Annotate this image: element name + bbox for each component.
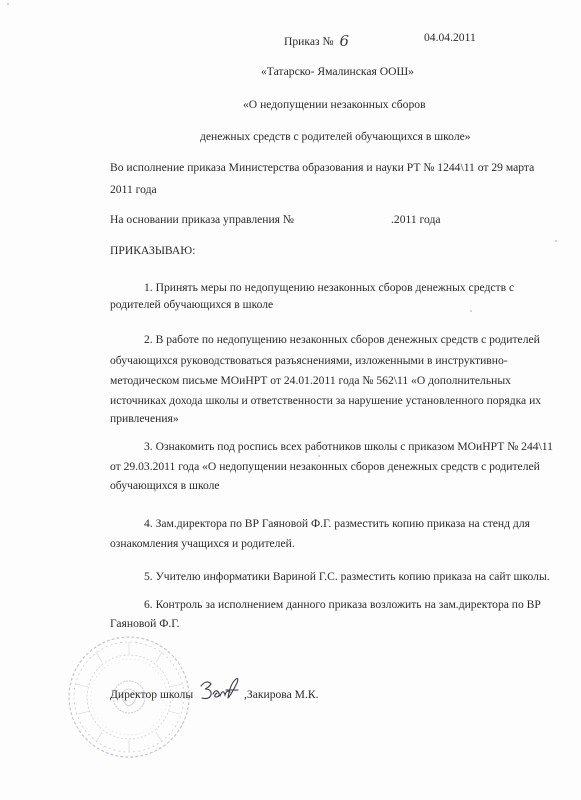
- order-item-line: обучающихся в школе: [110, 479, 220, 492]
- order-item-line: 4. Зам.директора по ВР Гаяновой Ф.Г. раз…: [144, 517, 530, 530]
- order-item-line: 6. Контроль за исполнением данного прика…: [144, 598, 541, 611]
- scan-speck: [7, 3, 9, 5]
- order-subject-line-1: «О недопущении незаконных сборов: [243, 98, 426, 111]
- preamble-line-1: Во исполнение приказа Министерства образ…: [110, 161, 534, 174]
- scan-speck: [555, 240, 557, 242]
- order-subject-line-2: денежных средств с родителей обучающихся…: [200, 130, 471, 143]
- scan-speck: [318, 455, 320, 457]
- order-item-line: родителей обучающихся в школе: [110, 298, 273, 311]
- director-position-label: Директор школы: [110, 688, 193, 701]
- orders-heading: ПРИКАЗЫВАЮ:: [110, 244, 195, 257]
- order-item-line: 3. Ознакомить под роспись всех работнико…: [144, 440, 553, 453]
- order-title-prefix: Приказ №: [284, 35, 334, 48]
- order-number-handwritten: 6: [339, 32, 349, 50]
- order-item-line: привлечения»: [110, 412, 179, 425]
- basis-label: На основании приказа управления №: [110, 213, 294, 226]
- handwritten-signature: [198, 676, 242, 704]
- order-item-line: методическом письме МОиНРТ от 24.01.2011…: [110, 374, 511, 387]
- organization-name: «Татарско- Ямалинская ООШ»: [261, 65, 414, 78]
- signer-name: ,Закирова М.К.: [244, 688, 319, 701]
- scan-speck: [470, 310, 472, 312]
- order-item-line: источниках дохода школы и ответственност…: [110, 394, 541, 407]
- order-date: 04.04.2011: [424, 31, 476, 44]
- order-item-line: ознакомления учащихся и родителей.: [110, 537, 295, 550]
- order-item-line: обучающихся руководствоваться разъяснени…: [110, 354, 508, 367]
- order-item-line: 1. Принять меры по недопущению незаконны…: [144, 281, 514, 294]
- order-item-line: Гаяновой Ф.Г.: [110, 617, 180, 630]
- preamble-line-2: 2011 года: [110, 183, 157, 196]
- basis-year: .2011 года: [391, 213, 441, 226]
- order-item-line: 5. Учителю информатики Вариной Г.С. разм…: [144, 570, 550, 583]
- order-item-line: 2. В работе по недопущению незаконных сб…: [144, 333, 540, 346]
- order-item-line: от 29.03.2011 года «О недопущении незако…: [110, 460, 540, 473]
- scanned-document-page: Приказ № 6 04.04.2011 «Татарско- Ямалинс…: [0, 0, 581, 800]
- order-title: Приказ № 6: [284, 31, 349, 49]
